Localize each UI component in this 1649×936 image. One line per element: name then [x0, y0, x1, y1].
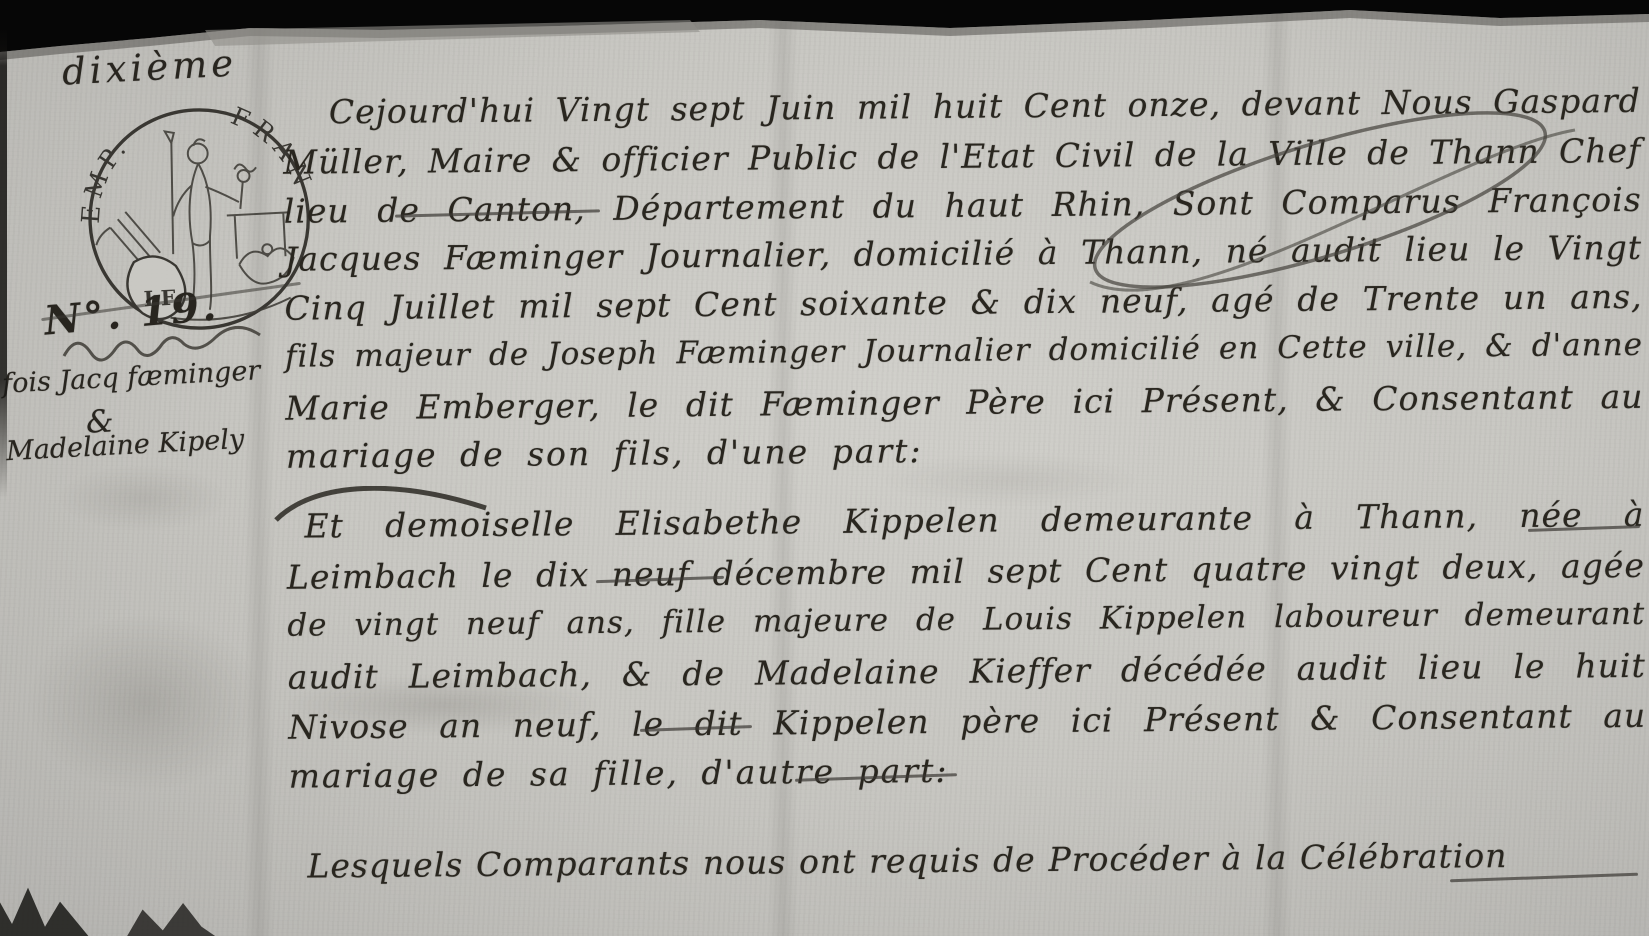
document-scan: dixième EMP. FRAN: [0, 0, 1649, 936]
handwritten-line: Marie Emberger, le dit Fæminger Père ici…: [285, 377, 1643, 428]
handwritten-line: Cejourd'hui Vingt sept Juin mil huit Cen…: [283, 81, 1641, 132]
handwritten-line: mariage de son fils, d'une part:: [286, 431, 923, 476]
handwritten-line: Nivose an neuf, le dit Kippelen père ici…: [288, 696, 1646, 747]
handwritten-line: Lesquels Comparants nous ont requis de P…: [307, 836, 1507, 885]
handwritten-line: Cinq Juillet mil sept Cent soixante & di…: [284, 277, 1642, 328]
handwritten-body: Cejourd'hui Vingt sept Juin mil huit Cen…: [0, 0, 1649, 936]
handwritten-line: fils majeur de Joseph Fæminger Journalie…: [285, 327, 1643, 375]
scan-edge-left: [0, 28, 7, 498]
handwritten-line: Müller, Maire & officier Public de l'Eta…: [283, 131, 1641, 182]
handwritten-line: Et demoiselle Elisabethe Kippelen demeur…: [286, 495, 1644, 546]
handwritten-line: audit Leimbach, & de Madelaine Kieffer d…: [288, 646, 1646, 697]
handwritten-line: de vingt neuf ans, fille majeure de Loui…: [287, 596, 1645, 644]
handwritten-line: lieu de Canton, Département du haut Rhin…: [284, 180, 1642, 231]
handwritten-line: mariage de sa fille, d'autre part:: [288, 751, 948, 796]
handwritten-line: Jacques Fæminger Journalier, domicilié à…: [284, 228, 1642, 279]
handwritten-line: Leimbach le dix neuf décembre mil sept C…: [287, 546, 1645, 597]
